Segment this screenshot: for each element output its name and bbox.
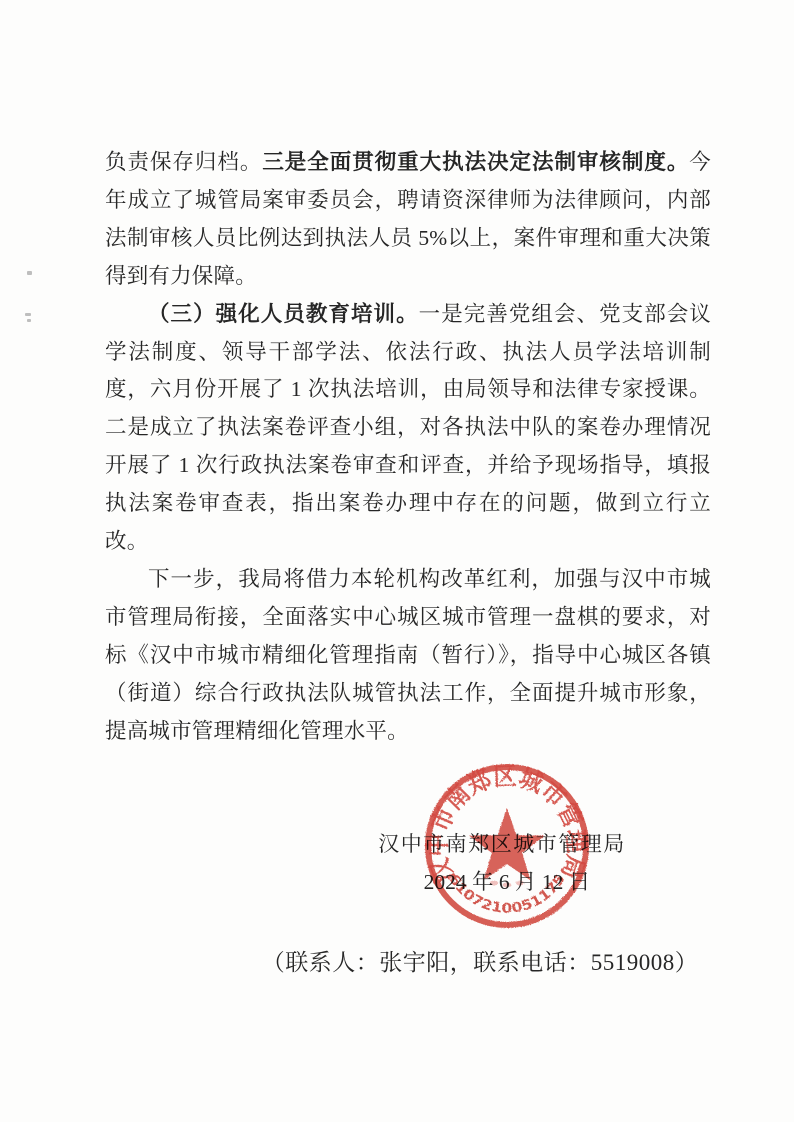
contact-info: （联系人：张宇阳，联系电话：5519008） — [250, 944, 710, 977]
text-segment: 负责保存归档。 — [105, 150, 262, 174]
paragraph: 负责保存归档。三是全面贯彻重大执法决定法制审核制度。今年成立了城管局案审委员会，… — [105, 144, 711, 296]
seal-faint-marks — [490, 881, 524, 888]
scan-speck — [25, 313, 31, 316]
scan-speck — [27, 271, 32, 275]
text-segment: 下一步，我局将借力本轮机构改革红利，加强与汉中市城市管理局衔接，全面落实中心城区… — [105, 567, 711, 743]
document-body: 负责保存归档。三是全面贯彻重大执法决定法制审核制度。今年成立了城管局案审委员会，… — [105, 144, 711, 751]
seal-star-icon — [469, 808, 545, 880]
bold-text-segment: （三）强化人员教育培训。 — [148, 302, 419, 326]
bold-text-segment: 三是全面贯彻重大执法决定法制审核制度。 — [262, 150, 689, 174]
paragraph: （三）强化人员教育培训。一是完善党组会、党支部会议学法制度、领导干部学法、依法行… — [105, 296, 711, 561]
text-segment: 一是完善党组会、党支部会议学法制度、领导干部学法、依法行政、执法人员学法培训制度… — [105, 302, 711, 553]
official-seal: 汉中市南郑区城市管理局 6107210051175 — [419, 758, 595, 934]
scanned-document-page: 负责保存归档。三是全面贯彻重大执法决定法制审核制度。今年成立了城管局案审委员会，… — [0, 0, 794, 1122]
paragraph: 下一步，我局将借力本轮机构改革红利，加强与汉中市城市管理局衔接，全面落实中心城区… — [105, 561, 711, 751]
scan-speck — [27, 319, 31, 322]
